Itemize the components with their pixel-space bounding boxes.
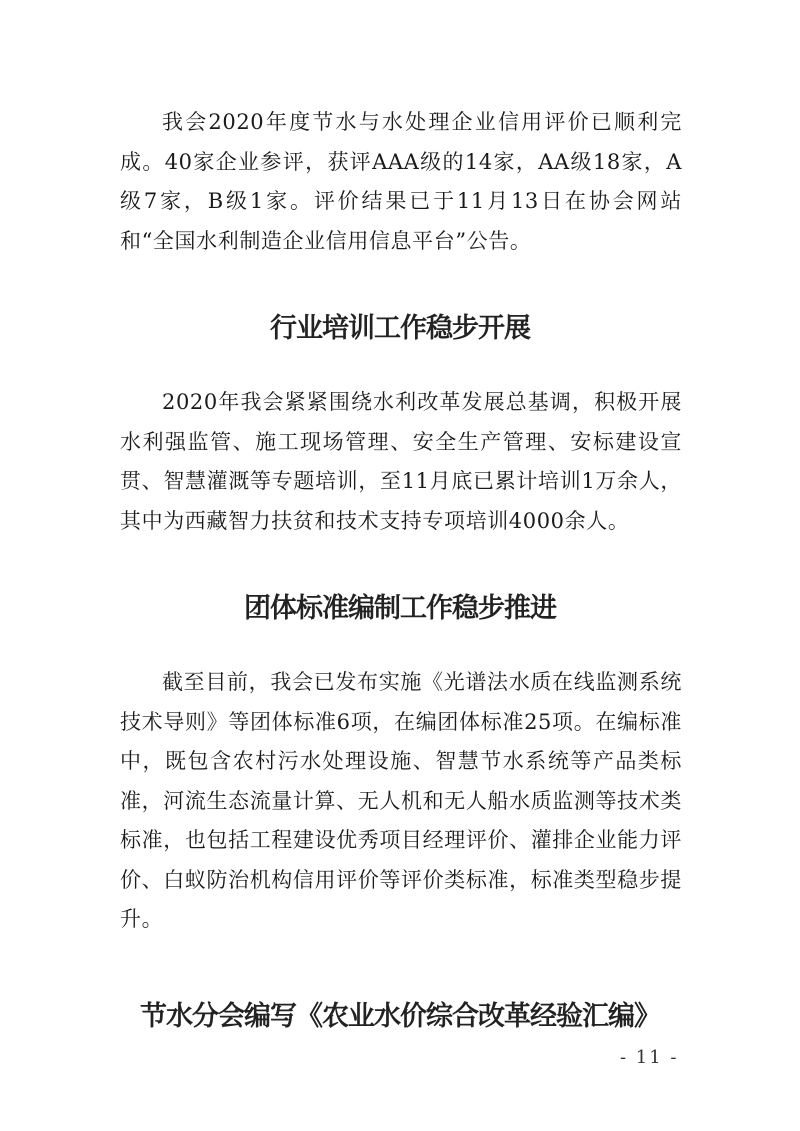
paragraph-credit-evaluation: 我会2020年度节水与水处理企业信用评价已顺利完成。40家企业参评，获评AAA级… (120, 103, 682, 261)
heading-standards: 团体标准编制工作稳步推进 (0, 586, 800, 625)
paragraph-training: 2020年我会紧紧围绕水利改革发展总基调，积极开展水利强监管、施工现场管理、安全… (120, 383, 682, 541)
document-page: 我会2020年度节水与水处理企业信用评价已顺利完成。40家企业参评，获评AAA级… (0, 0, 800, 1131)
heading-water-saving-branch: 节水分会编写《农业水价综合改革经验汇编》 (0, 994, 800, 1033)
paragraph-standards: 截至目前，我会已发布实施《光谱法水质在线监测系统技术导则》等团体标准6项，在编团… (120, 663, 682, 940)
page-number: - 11 - (620, 1047, 679, 1068)
heading-training: 行业培训工作稳步开展 (0, 306, 800, 345)
